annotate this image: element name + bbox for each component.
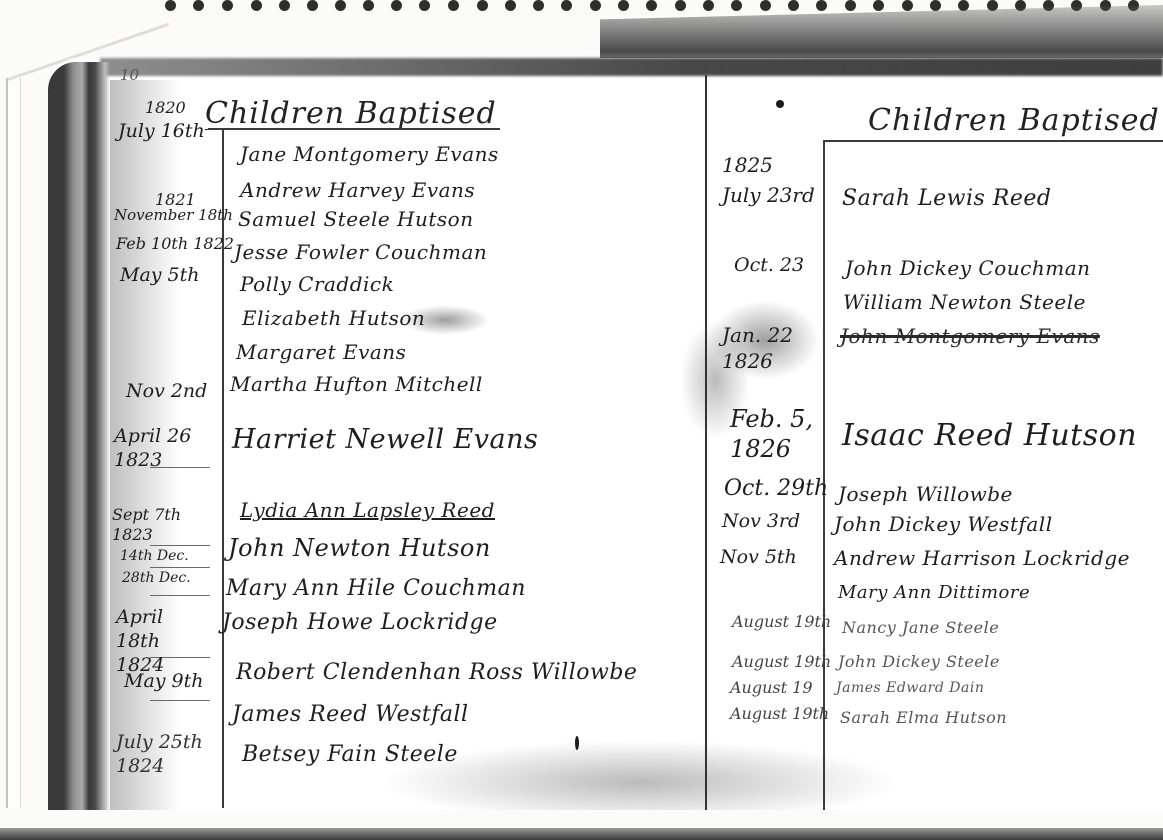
entry-name: Sarah Elma Hutson [840,708,1007,727]
entry-name: Harriet Newell Evans [232,424,538,455]
spiral-hole [618,0,629,11]
entry-name: John Montgomery Evans [840,324,1100,348]
entry-name: Jane Montgomery Evans [240,142,499,166]
ledger-spine [48,62,110,810]
entry-name: Joseph Howe Lockridge [222,610,498,635]
spiral-hole [448,0,459,11]
date-rule [150,595,210,596]
spiral-hole [279,0,290,11]
loose-sheet-edge [6,78,21,808]
date-column-rule [222,128,224,808]
spiral-hole [675,0,686,11]
entry-date: Oct. 29th [724,476,828,501]
entry-name: John Dickey Westfall [834,512,1053,536]
entry-name: James Reed Westfall [232,702,469,727]
entry-date: Nov 2nd [126,380,207,402]
spiral-hole [335,0,346,11]
entry-date: August 19 [730,678,813,697]
spiral-hole [845,0,856,11]
entry-name: Mary Ann Hile Couchman [226,576,526,601]
spiral-hole [902,0,913,11]
spiral-hole [760,0,771,11]
entry-name: Robert Clendenhan Ross Willowbe [236,660,637,685]
spiral-hole [391,0,402,11]
entry-name: Betsey Fain Steele [242,742,458,767]
entry-name: Lydia Ann Lapsley Reed [240,498,495,522]
entry-date: 14th Dec. [120,548,189,564]
spiral-hole [731,0,742,11]
ink-mark [575,736,579,750]
entry-date: May 9th [124,670,204,692]
spiral-hole [816,0,827,11]
page-number: 10 [120,66,139,84]
entry-name: Polly Craddick [240,272,394,296]
entry-date: Nov 3rd [722,510,800,532]
entry-name: Martha Hufton Mitchell [230,372,483,396]
entry-date: July 25th 1824 [116,730,206,778]
entry-date: Feb. 5, 1826 [730,404,820,464]
spiral-hole [165,0,176,11]
scanner-bottom-edge [0,828,1163,840]
spiral-hole [930,0,941,11]
spiral-hole [193,0,204,11]
spiral-hole [307,0,318,11]
heading-underline [208,128,500,130]
entry-date: Oct. 23 [734,254,804,276]
spiral-hole [561,0,572,11]
date-rule [150,700,210,701]
entry-date: August 19th [730,704,829,723]
entry-name: John Dickey Couchman [845,256,1091,280]
entry-date: April 26 1823 [114,424,204,472]
entry-name: Mary Ann Dittimore [838,582,1030,603]
entry-name: Jesse Fowler Couchman [234,240,487,264]
entry-date: Sept 7th 1823 [112,505,212,545]
spiral-hole [788,0,799,11]
date-rule [150,545,210,546]
entry-name: John Dickey Steele [838,652,1000,671]
heading-rule [823,140,1163,142]
entry-date: 1825 July 23rd [722,150,817,210]
entry-name: Sarah Lewis Reed [842,186,1051,211]
entry-name: Joseph Willowbe [838,482,1013,506]
entry-name: Andrew Harvey Evans [240,178,475,202]
spiral-hole [505,0,516,11]
spiral-hole [590,0,601,11]
spiral-hole [222,0,233,11]
entry-date: April 18th 1824 [116,605,206,677]
entry-date: July 16th [118,120,205,142]
spiral-hole [251,0,262,11]
spiral-hole [363,0,374,11]
entry-name: Andrew Harrison Lockridge [834,546,1130,570]
spiral-hole [419,0,430,11]
entry-name: Samuel Steele Hutson [238,207,474,231]
spiral-hole [646,0,657,11]
entry-name: William Newton Steele [843,290,1086,314]
entry-date: November 18th [114,206,233,224]
entry-date: August 19th [732,612,831,631]
entry-date: Jan. 22 1826 [722,322,802,374]
spiral-hole [873,0,884,11]
entry-date: Nov 5th [720,546,797,568]
entry-date: August 19th [732,652,831,671]
spiral-hole [533,0,544,11]
entry-name: Nancy Jane Steele [842,618,999,637]
entry-name: John Newton Hutson [228,534,491,562]
entry-name: Isaac Reed Hutson [842,418,1137,453]
right-page-heading: Children Baptised [868,103,1160,138]
entry-name: Elizabeth Hutson [242,306,425,330]
spiral-hole [703,0,714,11]
entry-date: 28th Dec. [122,570,191,586]
entry-year: 1820 [145,98,186,117]
left-page-heading: Children Baptised [205,96,497,131]
entry-date: May 5th [120,264,200,286]
date-rule [150,567,210,568]
entry-date: Feb 10th 1822 [116,234,234,253]
ink-smudge [400,305,490,335]
entry-name: James Edward Dain [836,680,984,696]
spiral-hole [958,0,969,11]
ink-mark [776,100,784,108]
entry-name: Margaret Evans [236,340,406,364]
spiral-hole [477,0,488,11]
